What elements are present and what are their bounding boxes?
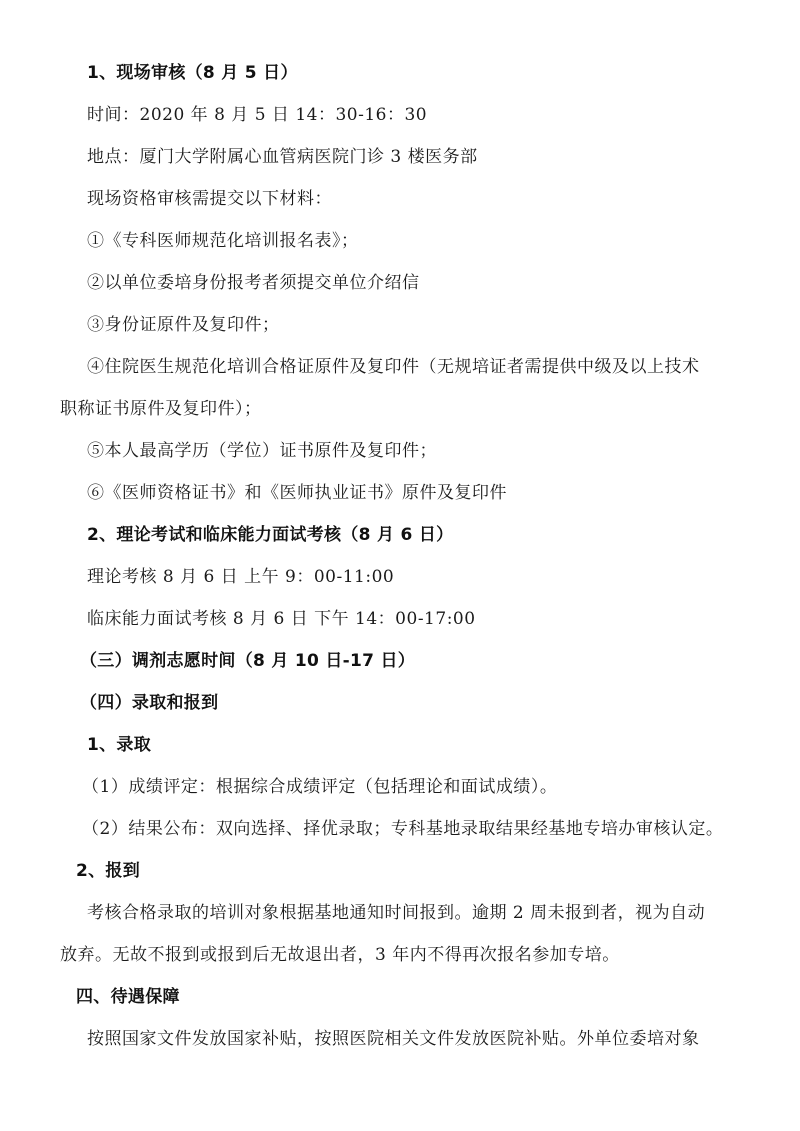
material-item-4-cont: 职称证书原件及复印件）； bbox=[60, 399, 262, 419]
material-item-2: ②以单位委培身份报考者须提交单位介绍信 bbox=[87, 273, 420, 293]
material-item-3: ③身份证原件及复印件； bbox=[87, 315, 280, 335]
admission-item-1: （1）成绩评定：根据综合成绩评定（包括理论和面试成绩）。 bbox=[82, 777, 557, 797]
material-item-1: ①《专科医师规范化培训报名表》； bbox=[87, 231, 359, 251]
heading-registration: 2、报到 bbox=[76, 861, 140, 881]
material-item-5: ⑤本人最高学历（学位）证书原件及复印件； bbox=[87, 441, 437, 461]
registration-para-line-1: 考核合格录取的培训对象根据基地通知时间报到。逾期 2 周未报到者，视为自动 bbox=[87, 903, 705, 923]
heading-benefits: 四、待遇保障 bbox=[76, 987, 180, 1007]
onsite-review-location: 地点：厦门大学附属心血管病医院门诊 3 楼医务部 bbox=[87, 147, 478, 167]
admission-item-2: （2）结果公布：双向选择、择优录取；专科基地录取结果经基地专培办审核认定。 bbox=[82, 819, 723, 839]
materials-intro: 现场资格审核需提交以下材料： bbox=[87, 189, 332, 209]
registration-para-line-2: 放弃。无故不报到或报到后无故退出者，3 年内不得再次报名参加专培。 bbox=[60, 945, 620, 965]
clinical-interview-time: 临床能力面试考核 8 月 6 日 下午 14：00-17:00 bbox=[87, 609, 476, 629]
material-item-4: ④住院医生规范化培训合格证原件及复印件（无规培证者需提供中级及以上技术 bbox=[87, 357, 700, 377]
theory-exam-time: 理论考核 8 月 6 日 上午 9：00-11:00 bbox=[87, 567, 394, 587]
onsite-review-time: 时间：2020 年 8 月 5 日 14：30-16：30 bbox=[87, 105, 427, 125]
heading-exams: 2、理论考试和临床能力面试考核（8 月 6 日） bbox=[87, 525, 453, 545]
heading-onsite-review: 1、现场审核（8 月 5 日） bbox=[87, 63, 298, 83]
heading-admission-registration: （四）录取和报到 bbox=[80, 693, 218, 713]
benefits-para-line-1: 按照国家文件发放国家补贴，按照医院相关文件发放医院补贴。外单位委培对象 bbox=[87, 1029, 700, 1049]
heading-admission: 1、录取 bbox=[87, 735, 151, 755]
material-item-6: ⑥《医师资格证书》和《医师执业证书》原件及复印件 bbox=[87, 483, 507, 503]
heading-adjustment-period: （三）调剂志愿时间（8 月 10 日-17 日） bbox=[80, 651, 415, 671]
